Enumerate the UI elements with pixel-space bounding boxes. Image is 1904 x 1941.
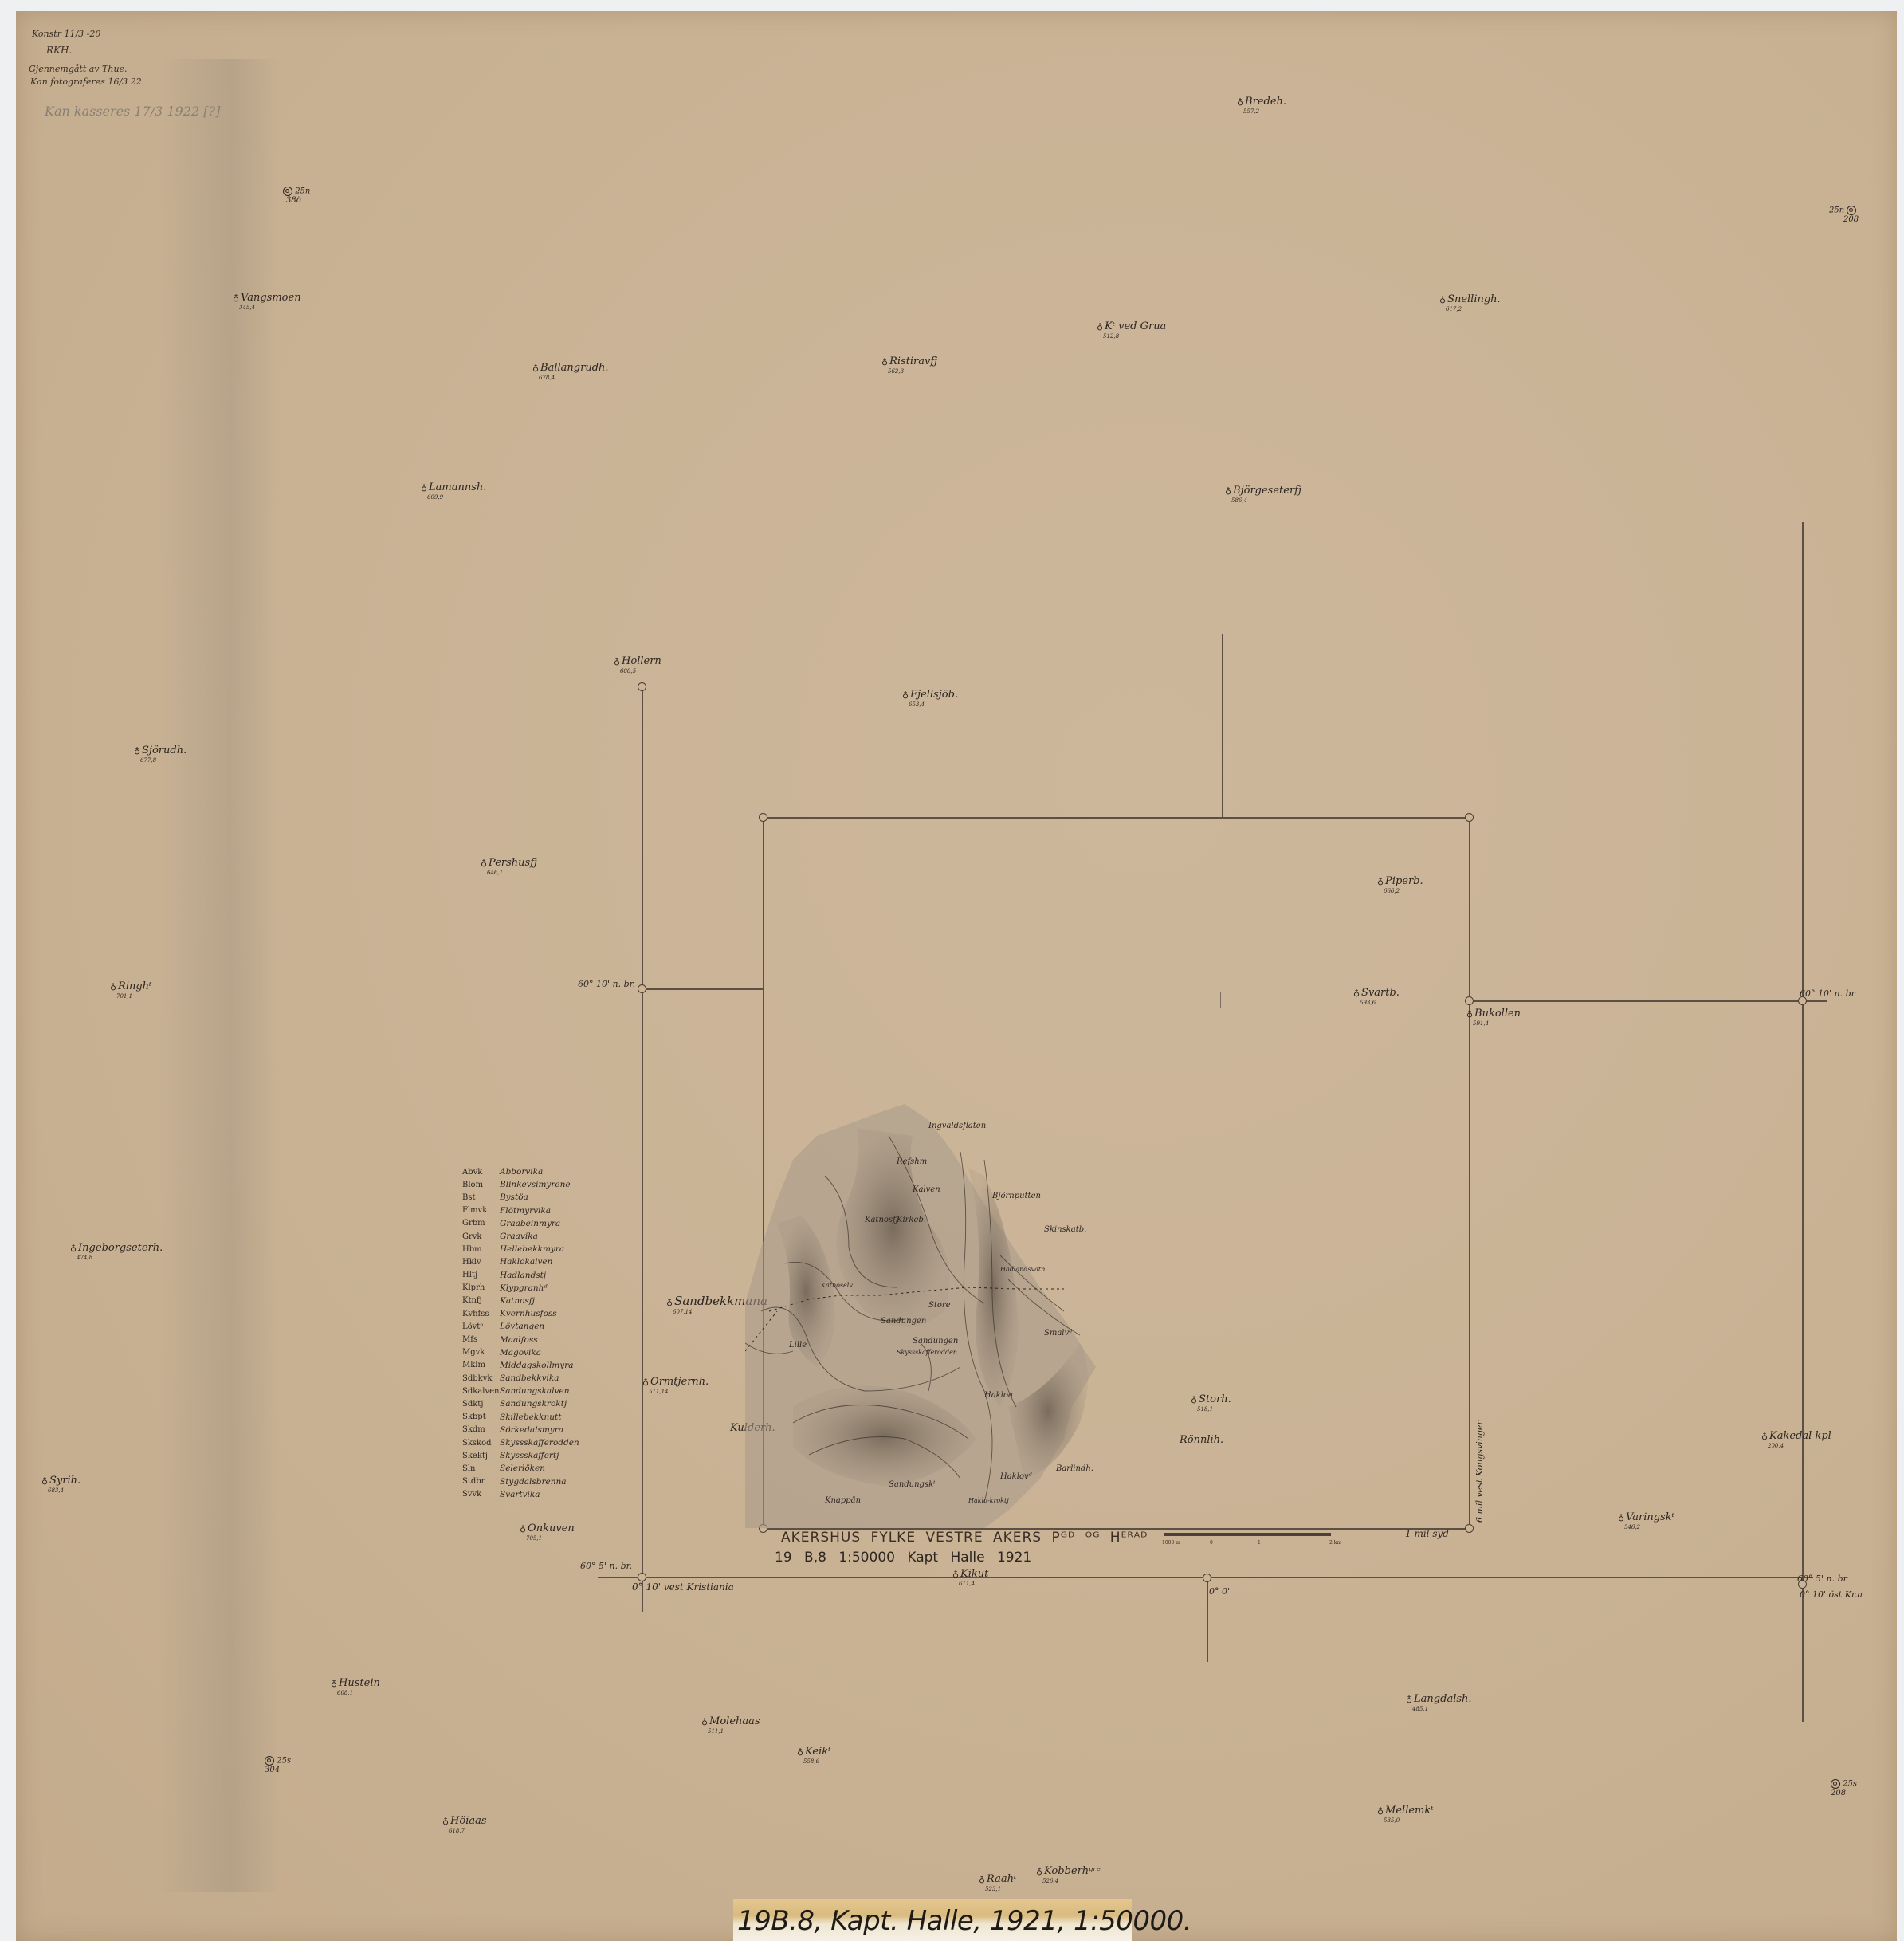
trig-point: ♁Bredeh.557,2 — [1237, 92, 1286, 115]
legend-row: GrvkGraavika — [462, 1230, 579, 1243]
legend-row: KvhfssKvernhusfoss — [462, 1307, 579, 1320]
terrain-label: Knappän — [824, 1496, 861, 1505]
trig-point-icon: ♁ — [331, 1678, 337, 1688]
terrain-label: Haklo-kroktj — [968, 1497, 1009, 1504]
trig-point-icon: ♁ — [520, 1523, 526, 1534]
trig-point-icon: ♁ — [1237, 96, 1243, 107]
surveyed-terrain-area: Ingvaldsflaten Refshm Kalven Katnosfj Ki… — [745, 1104, 1120, 1528]
lat-label-60-5-east: 60° 5' n. br — [1797, 1574, 1847, 1584]
trig-point: ♁Syrih.683,4 — [41, 1471, 80, 1494]
legend-row: LövtᵒLövtangen — [462, 1320, 579, 1333]
abbreviation-legend: AbvkAbborvika BlomBlinkevsimyrene BstBys… — [462, 1165, 579, 1501]
trig-point: ♁Hustein608,1 — [331, 1674, 380, 1696]
trig-point: ♁Keikᵗ558,6 — [797, 1743, 830, 1765]
scale-label: 0 — [1210, 1540, 1213, 1546]
legend-row: BlomBlinkevsimyrene — [462, 1178, 579, 1191]
terrain-label: Skyssskafferodden — [897, 1349, 957, 1356]
legend-row: SkskodSkyssskafferodden — [462, 1436, 579, 1449]
legend-row: SkbptSkillebekknutt — [462, 1411, 579, 1424]
terrain-label: Sandungen — [881, 1317, 926, 1326]
terrain-label: Lille — [788, 1341, 807, 1350]
trig-point: ♁Raahᵗ523,1 — [979, 1870, 1016, 1892]
scale-label: 1000 m — [1162, 1540, 1180, 1546]
legend-row: SdktjSandungskroktj — [462, 1397, 579, 1410]
note-pencil: Kan kasseres 17/3 1922 [?] — [45, 104, 220, 119]
parallel-60-10-east — [1469, 1000, 1827, 1002]
trig-point-icon: ♁ — [666, 1297, 673, 1307]
map-subtitle: 19 B,8 1:50000 Kapt Halle 1921 — [775, 1550, 1031, 1566]
corner-marker — [759, 813, 767, 822]
lat-label-60-10-east: 60° 10' n. br — [1800, 988, 1855, 999]
legend-row: SkektjSkyssskaffertj — [462, 1449, 579, 1462]
legend-row: MklmMiddagskollmyra — [462, 1359, 579, 1372]
lon-label-west: 0° 10' vest Kristiania — [632, 1581, 734, 1593]
trig-point-icon: ♁ — [1406, 1694, 1412, 1704]
trig-point: ♁Hollern688,5 — [614, 652, 661, 674]
benchmark-icon — [283, 187, 292, 196]
trig-point: ♁Svartb.593,6 — [1353, 984, 1400, 1006]
scale-bar — [1164, 1533, 1331, 1536]
lon-label-zero: 0° 0' — [1209, 1586, 1230, 1597]
trig-point-icon: ♁ — [1036, 1866, 1042, 1876]
meridian-east — [1802, 522, 1804, 1722]
trig-point: ♁Ingeborgseterh.474,8 — [70, 1239, 163, 1261]
legend-row: AbvkAbborvika — [462, 1165, 579, 1178]
note-initials: RKH. — [46, 45, 72, 56]
legend-row: KlprhKlypgranhᵈ — [462, 1282, 579, 1295]
trig-point-icon: ♁ — [642, 1377, 649, 1387]
trig-point: ♁Kakedal kpl200,4 — [1761, 1427, 1831, 1449]
corner-marker — [1203, 1574, 1211, 1582]
legend-row: MgvkMagovika — [462, 1346, 579, 1359]
sheet-caption: 19B.8, Kapt. Halle, 1921, 1:50000. — [737, 1905, 1191, 1937]
lon-label-east: 0° 10' öst Kr.a — [1800, 1589, 1863, 1600]
legend-row: HltjHadlandstj — [462, 1269, 579, 1282]
trig-point-icon: ♁ — [1439, 294, 1446, 305]
trig-point: ♁Fjellsjöb.653,4 — [902, 686, 958, 708]
note-photograph: Kan fotograferes 16/3 22. — [30, 77, 144, 87]
trig-point-icon: ♁ — [1377, 876, 1384, 886]
trig-point-icon: ♁ — [481, 858, 487, 868]
terrain-label: Store — [928, 1301, 951, 1310]
scale-label: 2 km — [1329, 1540, 1341, 1546]
meridian-center-top — [1222, 634, 1223, 817]
label-1-mil-syd: 1 mil syd — [1405, 1528, 1449, 1539]
benchmark-se: 25s208 — [1831, 1779, 1857, 1798]
trig-point-icon: ♁ — [1618, 1512, 1624, 1523]
corner-marker — [638, 1573, 646, 1581]
trig-point: Rönnlih. — [1180, 1431, 1223, 1446]
trig-point-icon: ♁ — [442, 1816, 449, 1826]
legend-row: StdbrStygdalsbrenna — [462, 1475, 579, 1488]
trig-point: ♁Snellingh.617,2 — [1439, 290, 1501, 312]
trig-point-icon: ♁ — [1377, 1805, 1384, 1816]
benchmark-nw: 25n38ö — [283, 187, 310, 205]
terrain-label: Hakloa — [983, 1391, 1013, 1400]
terrain-label: Katnosfj — [864, 1216, 898, 1224]
terrain-label: Björnputten — [991, 1192, 1041, 1200]
trig-point: ♁Bukollen591,4 — [1466, 1004, 1521, 1027]
trig-point: ♁Onkuven705,1 — [520, 1519, 575, 1542]
map-title: AKERSHUS FYLKE VESTRE AKERS Pᴳᴰ ᴼᴳ Hᴱᴿᴬᴰ — [781, 1530, 1148, 1546]
trig-point-icon: ♁ — [233, 293, 239, 303]
label-6-mil-vest: 6 mil vest Kongsvinger — [1474, 1420, 1485, 1523]
trig-point-icon: ♁ — [881, 356, 888, 367]
trig-point: ♁Ormtjernh.511,14 — [642, 1373, 709, 1395]
terrain-label: Haklovᵈ — [999, 1472, 1032, 1481]
trig-point: ♁Kobberhᵍʳᵉ526,4 — [1036, 1862, 1101, 1884]
trig-point-icon: ♁ — [952, 1569, 959, 1579]
trig-point-icon: ♁ — [1761, 1431, 1768, 1441]
trig-point-icon: ♁ — [1097, 321, 1103, 332]
trig-point: ♁Piperb.666,2 — [1377, 872, 1423, 894]
terrain-label: Skinskatb. — [1044, 1225, 1086, 1234]
trig-point: ♁Lamannsh.609,9 — [421, 478, 486, 501]
trig-point-icon: ♁ — [701, 1716, 708, 1727]
trig-point: ♁Ballangrudh.678,4 — [532, 359, 609, 381]
terrain-label: Ingvaldsflaten — [928, 1122, 986, 1130]
scan-shadow-stripe — [159, 59, 279, 1892]
trig-point: ♁Höiaas618,7 — [442, 1812, 487, 1834]
scale-label: 1 — [1258, 1540, 1261, 1546]
trig-point: ♁Sjörudh.677,8 — [134, 741, 186, 764]
terrain-label: Smalvᵈ — [1044, 1329, 1072, 1338]
trig-point: ♁Ringhᵗ701,1 — [110, 977, 151, 1000]
terrain-label: Barlindh. — [1055, 1464, 1093, 1473]
corner-marker — [638, 682, 646, 691]
benchmark-icon — [265, 1756, 274, 1766]
legend-row: BstBystöa — [462, 1191, 579, 1204]
corner-marker — [638, 984, 646, 993]
trig-point: ♁Kᵗ ved Grua512,8 — [1097, 317, 1166, 340]
terrain-label: Sandungskᵗ — [889, 1480, 936, 1489]
terrain-label: Katnoselv — [820, 1282, 853, 1289]
meridian-west — [642, 687, 643, 1612]
center-cross — [1213, 992, 1229, 1008]
trig-point-icon: ♁ — [979, 1874, 985, 1884]
terrain-label: Kirkeb. — [896, 1216, 926, 1224]
legend-row: SdkalvenSandungskalven — [462, 1385, 579, 1397]
trig-point-icon: ♁ — [1353, 988, 1360, 998]
note-reviewed: Gjennemgått av Thue. — [29, 64, 128, 74]
terrain-label: Hadlandsvatn — [999, 1266, 1045, 1273]
corner-marker — [1465, 1524, 1474, 1533]
trig-point: ♁Varingskᵗ546,2 — [1618, 1508, 1674, 1530]
trig-point: ♁Pershusfj646,1 — [481, 854, 537, 876]
lat-label-60-10-west: 60° 10' n. br. — [578, 979, 635, 989]
trig-point: ♁Kikut611,4 — [952, 1565, 988, 1587]
corner-marker — [1465, 813, 1474, 822]
legend-row: HklvHaklokalven — [462, 1255, 579, 1268]
trig-point-icon: ♁ — [614, 656, 620, 666]
benchmark-sw: 25s304 — [265, 1756, 291, 1774]
terrain-label: Kalven — [912, 1185, 940, 1194]
legend-row: KtnfjKatnosfj — [462, 1295, 579, 1307]
trig-point: ♁Storh.518,1 — [1191, 1390, 1231, 1413]
parallel-60-10-west — [642, 988, 763, 990]
legend-row: HbmHellebekkmyra — [462, 1243, 579, 1255]
trig-point-icon: ♁ — [797, 1747, 803, 1757]
note-constructed: Konstr 11/3 -20 — [32, 29, 100, 39]
trig-point-icon: ♁ — [1225, 485, 1231, 496]
benchmark-icon — [1847, 206, 1856, 215]
frame-top — [763, 817, 1469, 819]
trig-point-icon: ♁ — [421, 482, 427, 493]
trig-point: ♁Ristiravfj562,3 — [881, 352, 937, 375]
trig-point-icon: ♁ — [1191, 1394, 1197, 1405]
legend-row: GrbmGraabeinmyra — [462, 1217, 579, 1230]
legend-row: SdbkvkSandbekkvika — [462, 1372, 579, 1385]
trig-point-icon: ♁ — [532, 363, 539, 373]
legend-row: SvvkSvartvika — [462, 1488, 579, 1501]
legend-row: MfsMaalfoss — [462, 1333, 579, 1346]
terrain-label: Refshm — [896, 1157, 927, 1166]
lat-label-60-5-west: 60° 5' n. br. — [580, 1561, 632, 1571]
benchmark-ne: 25n 208 — [1829, 206, 1859, 224]
trig-point-icon: ♁ — [902, 690, 909, 700]
trig-point: ♁Langdalsh.485,1 — [1406, 1690, 1472, 1712]
trig-point: ♁Molehaas511,1 — [701, 1712, 760, 1735]
frame-right — [1469, 817, 1470, 1528]
trig-point: ♁Mellemkᵗ535,0 — [1377, 1802, 1433, 1824]
trig-point-icon: ♁ — [70, 1243, 77, 1253]
benchmark-icon — [1831, 1779, 1840, 1789]
trig-point-icon: ♁ — [41, 1475, 48, 1486]
trig-point: ♁Björgeseterfj586,4 — [1225, 481, 1301, 504]
legend-row: SlnSelerlöken — [462, 1462, 579, 1475]
meridian-zero — [1207, 1578, 1208, 1662]
trig-point-icon: ♁ — [134, 745, 140, 756]
trig-point-icon: ♁ — [110, 981, 116, 992]
legend-row: SkdmSörkedalsmyra — [462, 1424, 579, 1436]
legend-row: FlmvkFlötmyrvika — [462, 1204, 579, 1217]
trig-point: ♁Vangsmoen345,4 — [233, 289, 301, 311]
terrain-label: Sandungen — [913, 1337, 958, 1346]
trig-point-icon: ♁ — [1466, 1008, 1473, 1019]
